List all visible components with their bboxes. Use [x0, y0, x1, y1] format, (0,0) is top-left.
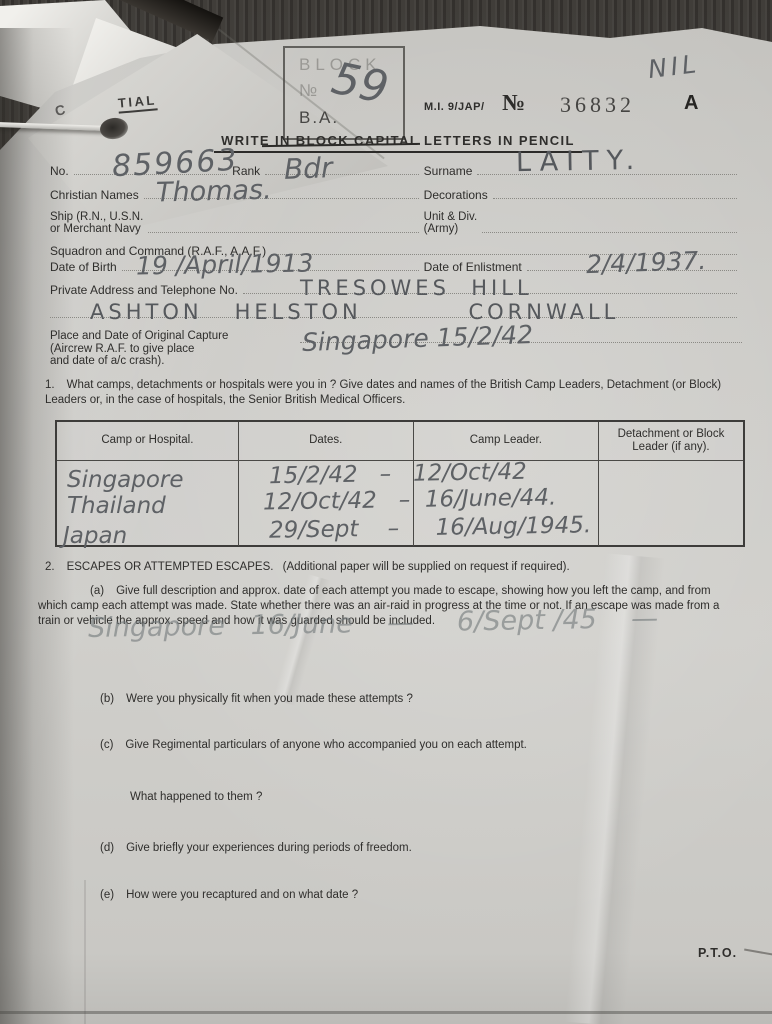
- question-2d-label: (d): [100, 842, 114, 854]
- address-label: Private Address and Telephone No.: [50, 283, 238, 297]
- no-label: No.: [50, 164, 69, 178]
- question-2e-text: How were you recaptured and on what date…: [126, 889, 358, 901]
- header-dates: Dates.: [239, 422, 414, 460]
- mi9-suffix-letter: A: [684, 92, 698, 115]
- body-col4: [599, 461, 743, 546]
- ship-label: Ship (R.N., U.S.N. or Merchant Navy: [50, 211, 143, 236]
- handwritten-camp-2: Thailand: [67, 493, 166, 519]
- unit-label-line2: (Army): [424, 223, 477, 236]
- dob-label: Date of Birth: [50, 260, 117, 274]
- decorations-field-line: [493, 188, 737, 199]
- question-2c: (c)Give Regimental particulars of anyone…: [100, 738, 740, 753]
- handwritten-rank: Bdr: [283, 151, 333, 186]
- capture-label-line1: Place and Date of Original Capture: [50, 330, 228, 343]
- capture-label-line3: and date of a/c crash).: [50, 355, 228, 368]
- question-2b: (b)Were you physically fit when you made…: [100, 692, 720, 707]
- question-2d-text: Give briefly your experiences during per…: [126, 842, 412, 854]
- pto-label: P.T.O.: [698, 946, 737, 960]
- surname-label: Surname: [424, 164, 473, 178]
- row-right: Unit & Div. (Army): [424, 211, 742, 236]
- handwritten-camp-1: Singapore: [67, 467, 184, 493]
- handwritten-address-line1: TRESOWES HILL: [300, 276, 533, 300]
- header-camp-leader: Camp Leader.: [414, 422, 599, 460]
- unit-label-line1: Unit & Div.: [424, 211, 477, 224]
- ship-label-line1: Ship (R.N., U.S.N.: [50, 211, 143, 224]
- question-2c-followup: What happened to them ?: [130, 790, 530, 805]
- question-2b-text: Were you physically fit when you made th…: [126, 693, 413, 705]
- confidential-stamp: TIAL: [117, 92, 157, 113]
- ship-label-line2: or Merchant Navy: [50, 223, 143, 236]
- question-2-heading-text: ESCAPES OR ATTEMPTED ESCAPES.: [67, 561, 274, 573]
- question-2e-label: (e): [100, 889, 114, 901]
- question-2c-text: Give Regimental particulars of anyone wh…: [125, 739, 526, 751]
- question-2c-label: (c): [100, 739, 113, 751]
- question-2d: (d)Give briefly your experiences during …: [100, 841, 720, 856]
- stamp-ba-label: B.A.: [299, 105, 403, 131]
- camps-table: Camp or Hospital. Dates. Camp Leader. De…: [55, 420, 745, 547]
- mi9-serial-number: 36832: [560, 92, 635, 118]
- camps-table-body: Singapore 15/2/42 – 12/Oct/42 Thailand 1…: [57, 461, 743, 546]
- handwritten-address-line2: ASHTON HELSTON CORNWALL: [90, 300, 619, 324]
- question-2e: (e)How were you recaptured and on what d…: [100, 888, 720, 903]
- question-2-number: 2.: [45, 561, 55, 573]
- question-1-number: 1.: [45, 379, 55, 391]
- header-camp-or-hospital: Camp or Hospital.: [57, 422, 239, 460]
- camps-table-header: Camp or Hospital. Dates. Camp Leader. De…: [57, 422, 743, 461]
- row-left: Ship (R.N., U.S.N. or Merchant Navy: [50, 211, 424, 236]
- mi9-ref-prefix: M.I. 9/JAP/: [424, 101, 485, 113]
- question-2b-label: (b): [100, 693, 114, 705]
- handwritten-date-of-enlistment: 2/4/1937.: [586, 246, 707, 279]
- decorations-label: Decorations: [424, 188, 488, 202]
- question-2-note: (Additional paper will be supplied on re…: [283, 561, 570, 573]
- page-curl-line: [84, 880, 86, 1024]
- question-2-heading: 2.ESCAPES OR ATTEMPTED ESCAPES. (Additio…: [45, 560, 751, 575]
- photographed-document: C TIAL BLOCK № B.A. 59 M.I. 9/JAP/ № 368…: [0, 0, 772, 1024]
- question-1: 1.What camps, detachments or hospitals w…: [45, 378, 751, 408]
- handwritten-christian-names: Thomas.: [156, 174, 272, 208]
- question-2a-label: (a): [90, 585, 104, 597]
- row-ship-unit: Ship (R.N., U.S.N. or Merchant Navy Unit…: [50, 206, 742, 236]
- row-christian-decorations: Christian Names Decorations: [50, 186, 742, 202]
- christian-names-label: Christian Names: [50, 188, 139, 202]
- handwritten-dates-2: 12/Oct/42 – 16/June/44.: [263, 484, 557, 515]
- mi9-no-symbol: №: [502, 90, 525, 116]
- capture-label-line2: (Aircrew R.A.F. to give place: [50, 343, 228, 356]
- enlistment-label: Date of Enlistment: [424, 260, 522, 274]
- question-1-text: What camps, detachments or hospitals wer…: [45, 379, 721, 406]
- unit-field-line: [482, 222, 737, 233]
- handwritten-surname: LAITY.: [516, 145, 643, 178]
- handwritten-date-of-birth: 19 /April/1913: [136, 248, 314, 280]
- handwritten-camp-3: Japan: [63, 523, 127, 549]
- sheet-bottom-edge: [0, 1011, 772, 1014]
- header-detachment-leader: Detachment or Block Leader (if any).: [599, 422, 743, 460]
- capture-label: Place and Date of Original Capture (Airc…: [50, 330, 228, 368]
- row-right: Decorations: [424, 188, 742, 202]
- ship-field-line: [148, 222, 418, 233]
- question-2c-followup-text: What happened to them ?: [130, 791, 262, 803]
- unit-label: Unit & Div. (Army): [424, 211, 477, 236]
